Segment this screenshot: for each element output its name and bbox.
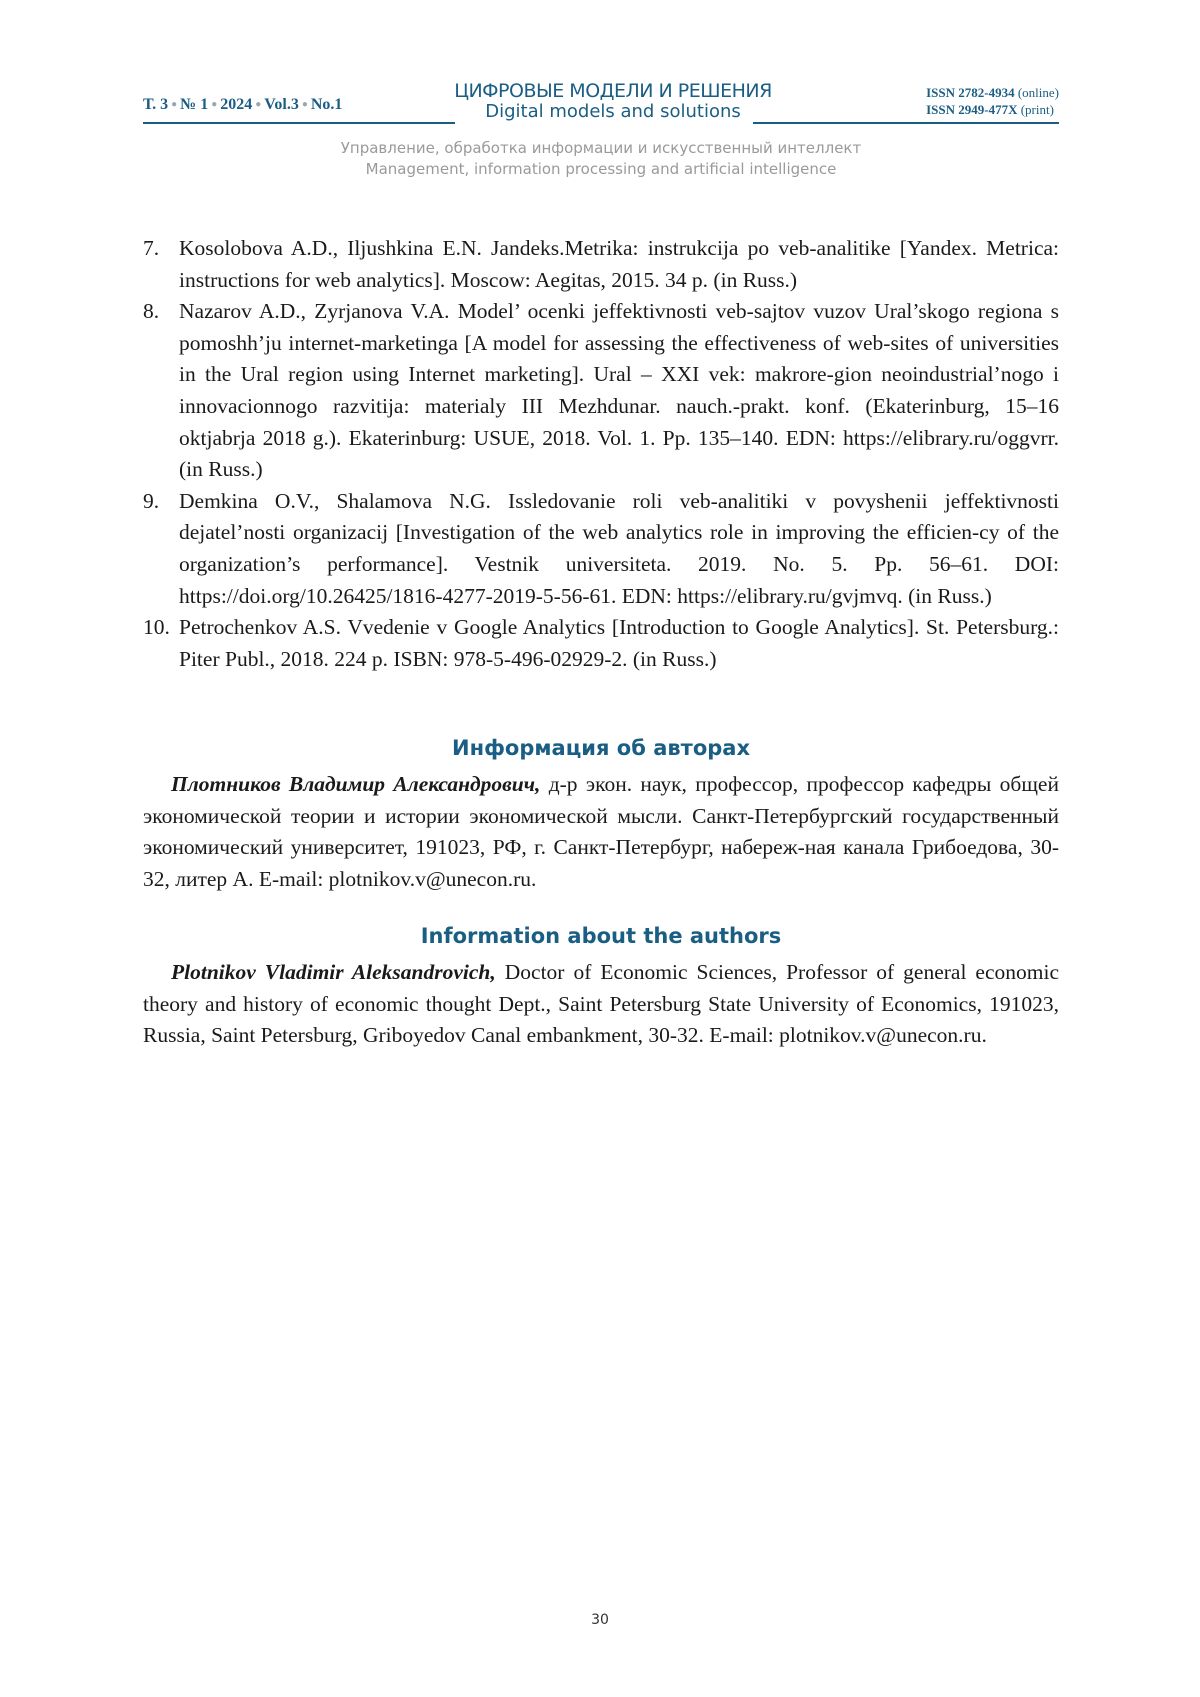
authors-heading-ru: Информация об авторах xyxy=(143,736,1059,760)
header-rule-left xyxy=(143,122,455,124)
issue-volume: Т. 3 xyxy=(143,96,168,113)
reference-item: 8. Nazarov A.D., Zyrjanova V.A. Model’ o… xyxy=(143,296,1059,486)
reference-number: 10. xyxy=(143,612,170,644)
separator-dot-icon: ● xyxy=(255,99,261,110)
reference-number: 9. xyxy=(143,486,159,518)
section-label-ru: Управление, обработка информации и искус… xyxy=(143,138,1059,159)
page-number: 30 xyxy=(0,1612,1200,1628)
header-rule-right xyxy=(753,122,1059,124)
reference-text: Kosolobova A.D., Iljushkina E.N. Jandeks… xyxy=(179,236,1059,292)
issue-volume-en: Vol.3 xyxy=(264,96,299,113)
journal-header: Т. 3●№ 1●2024●Vol.3●No.1 ЦИФРОВЫЕ МОДЕЛИ… xyxy=(143,78,1059,128)
reference-item: 7. Kosolobova A.D., Iljushkina E.N. Jand… xyxy=(143,233,1059,296)
reference-text: Nazarov A.D., Zyrjanova V.A. Model’ ocen… xyxy=(179,299,1059,481)
issn-online-label: (online) xyxy=(1018,85,1059,100)
reference-number: 8. xyxy=(143,296,159,328)
author-info-ru: Плотников Владимир Александрович, д-р эк… xyxy=(143,769,1059,895)
separator-dot-icon: ● xyxy=(211,99,217,110)
reference-item: 10. Petrochenkov A.S. Vvedenie v Google … xyxy=(143,612,1059,675)
author-name-ru: Плотников Владимир Александрович, xyxy=(171,772,540,796)
issn-print-label: (print) xyxy=(1021,102,1054,117)
issn-print-number: ISSN 2949-477X xyxy=(926,102,1017,117)
reference-text: Petrochenkov A.S. Vvedenie v Google Anal… xyxy=(179,615,1059,671)
issn-online: ISSN 2782-4934 (online) xyxy=(926,84,1059,101)
issue-year: 2024 xyxy=(220,96,252,113)
separator-dot-icon: ● xyxy=(171,99,177,110)
reference-item: 9. Demkina O.V., Shalamova N.G. Issledov… xyxy=(143,486,1059,612)
reference-number: 7. xyxy=(143,233,159,265)
issue-info: Т. 3●№ 1●2024●Vol.3●No.1 xyxy=(143,96,342,114)
issn-print: ISSN 2949-477X (print) xyxy=(926,101,1059,118)
issn-block: ISSN 2782-4934 (online) ISSN 2949-477X (… xyxy=(926,84,1059,118)
reference-text: Demkina O.V., Shalamova N.G. Issledovani… xyxy=(179,489,1059,608)
section-label-en: Management, information processing and a… xyxy=(143,159,1059,180)
authors-heading-en: Information about the authors xyxy=(143,924,1059,948)
section-label: Управление, обработка информации и искус… xyxy=(143,138,1059,180)
issue-number: № 1 xyxy=(180,96,208,113)
journal-title-en: Digital models and solutions xyxy=(418,102,808,122)
issue-number-en: No.1 xyxy=(311,96,343,113)
reference-list: 7. Kosolobova A.D., Iljushkina E.N. Jand… xyxy=(143,233,1059,675)
journal-title: ЦИФРОВЫЕ МОДЕЛИ И РЕШЕНИЯ Digital models… xyxy=(418,80,808,122)
journal-title-ru: ЦИФРОВЫЕ МОДЕЛИ И РЕШЕНИЯ xyxy=(418,80,808,102)
author-info-en: Plotnikov Vladimir Aleksandrovich, Docto… xyxy=(143,957,1059,1052)
author-name-en: Plotnikov Vladimir Aleksandrovich, xyxy=(171,960,496,984)
issn-online-number: ISSN 2782-4934 xyxy=(926,85,1015,100)
separator-dot-icon: ● xyxy=(302,99,308,110)
